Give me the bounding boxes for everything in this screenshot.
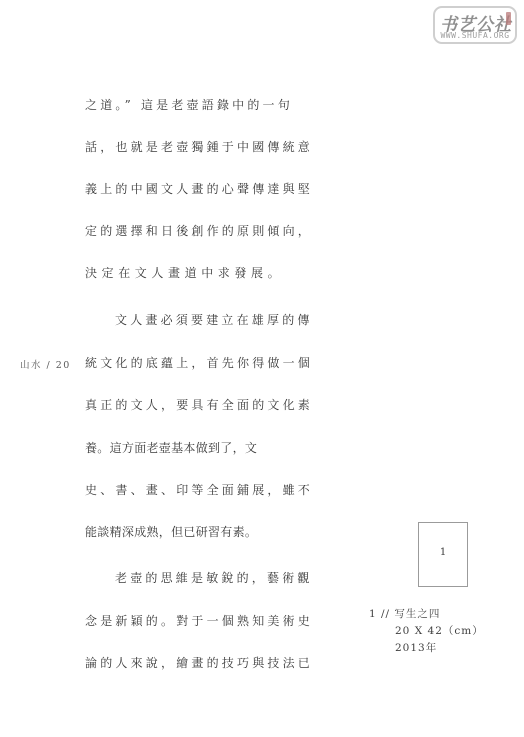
seal-icon <box>506 12 511 25</box>
text-line: 之道。” 這是老壺語錄中的一句 <box>85 99 293 111</box>
text-line: 老壺的思維是敏銳的，藝術觀 <box>115 572 313 584</box>
shufa-logo: 书艺公社 WWW.SHUFA.ORG <box>433 6 517 44</box>
text-line: 真正的文人，要具有全面的文化素 <box>85 399 313 411</box>
figure-number: 1 <box>419 547 467 558</box>
text-line: 定的選擇和日後創作的原則傾向， <box>85 225 313 237</box>
section-page-label: 山水 / 20 <box>20 357 71 371</box>
caption-year: 2013年 <box>395 643 437 654</box>
caption-title: 1 // 写生之四 <box>369 609 440 620</box>
text-line: 養。這方面老壺基本做到了，文 <box>85 442 257 454</box>
text-line: 能談精深成熟，但已研習有素。 <box>85 526 257 538</box>
text-line: 念是新穎的。對于一個熟知美術史 <box>85 615 313 627</box>
text-line: 史、書、畫、印等全面鋪展，雖不 <box>85 484 313 496</box>
logo-site-url: WWW.SHUFA.ORG <box>435 31 515 40</box>
text-line: 義上的中國文人畫的心聲傳達與堅 <box>85 183 313 195</box>
text-line: 決定在文人畫道中求發展。 <box>85 267 284 279</box>
figure-placeholder-box: 1 <box>418 522 468 587</box>
text-line: 話，也就是老壺獨鍾于中國傳統意 <box>85 141 313 153</box>
text-line: 文人畫必須要建立在雄厚的傳 <box>115 314 313 326</box>
text-line: 論的人來說，繪畫的技巧與技法已 <box>85 657 313 669</box>
caption-dimensions: 20 X 42（cm） <box>395 626 484 637</box>
text-line: 統文化的底蘊上，首先你得做一個 <box>85 357 313 369</box>
document-page: 书艺公社 WWW.SHUFA.ORG 山水 / 20 之道。” 這是老壺語錄中的… <box>0 0 524 737</box>
